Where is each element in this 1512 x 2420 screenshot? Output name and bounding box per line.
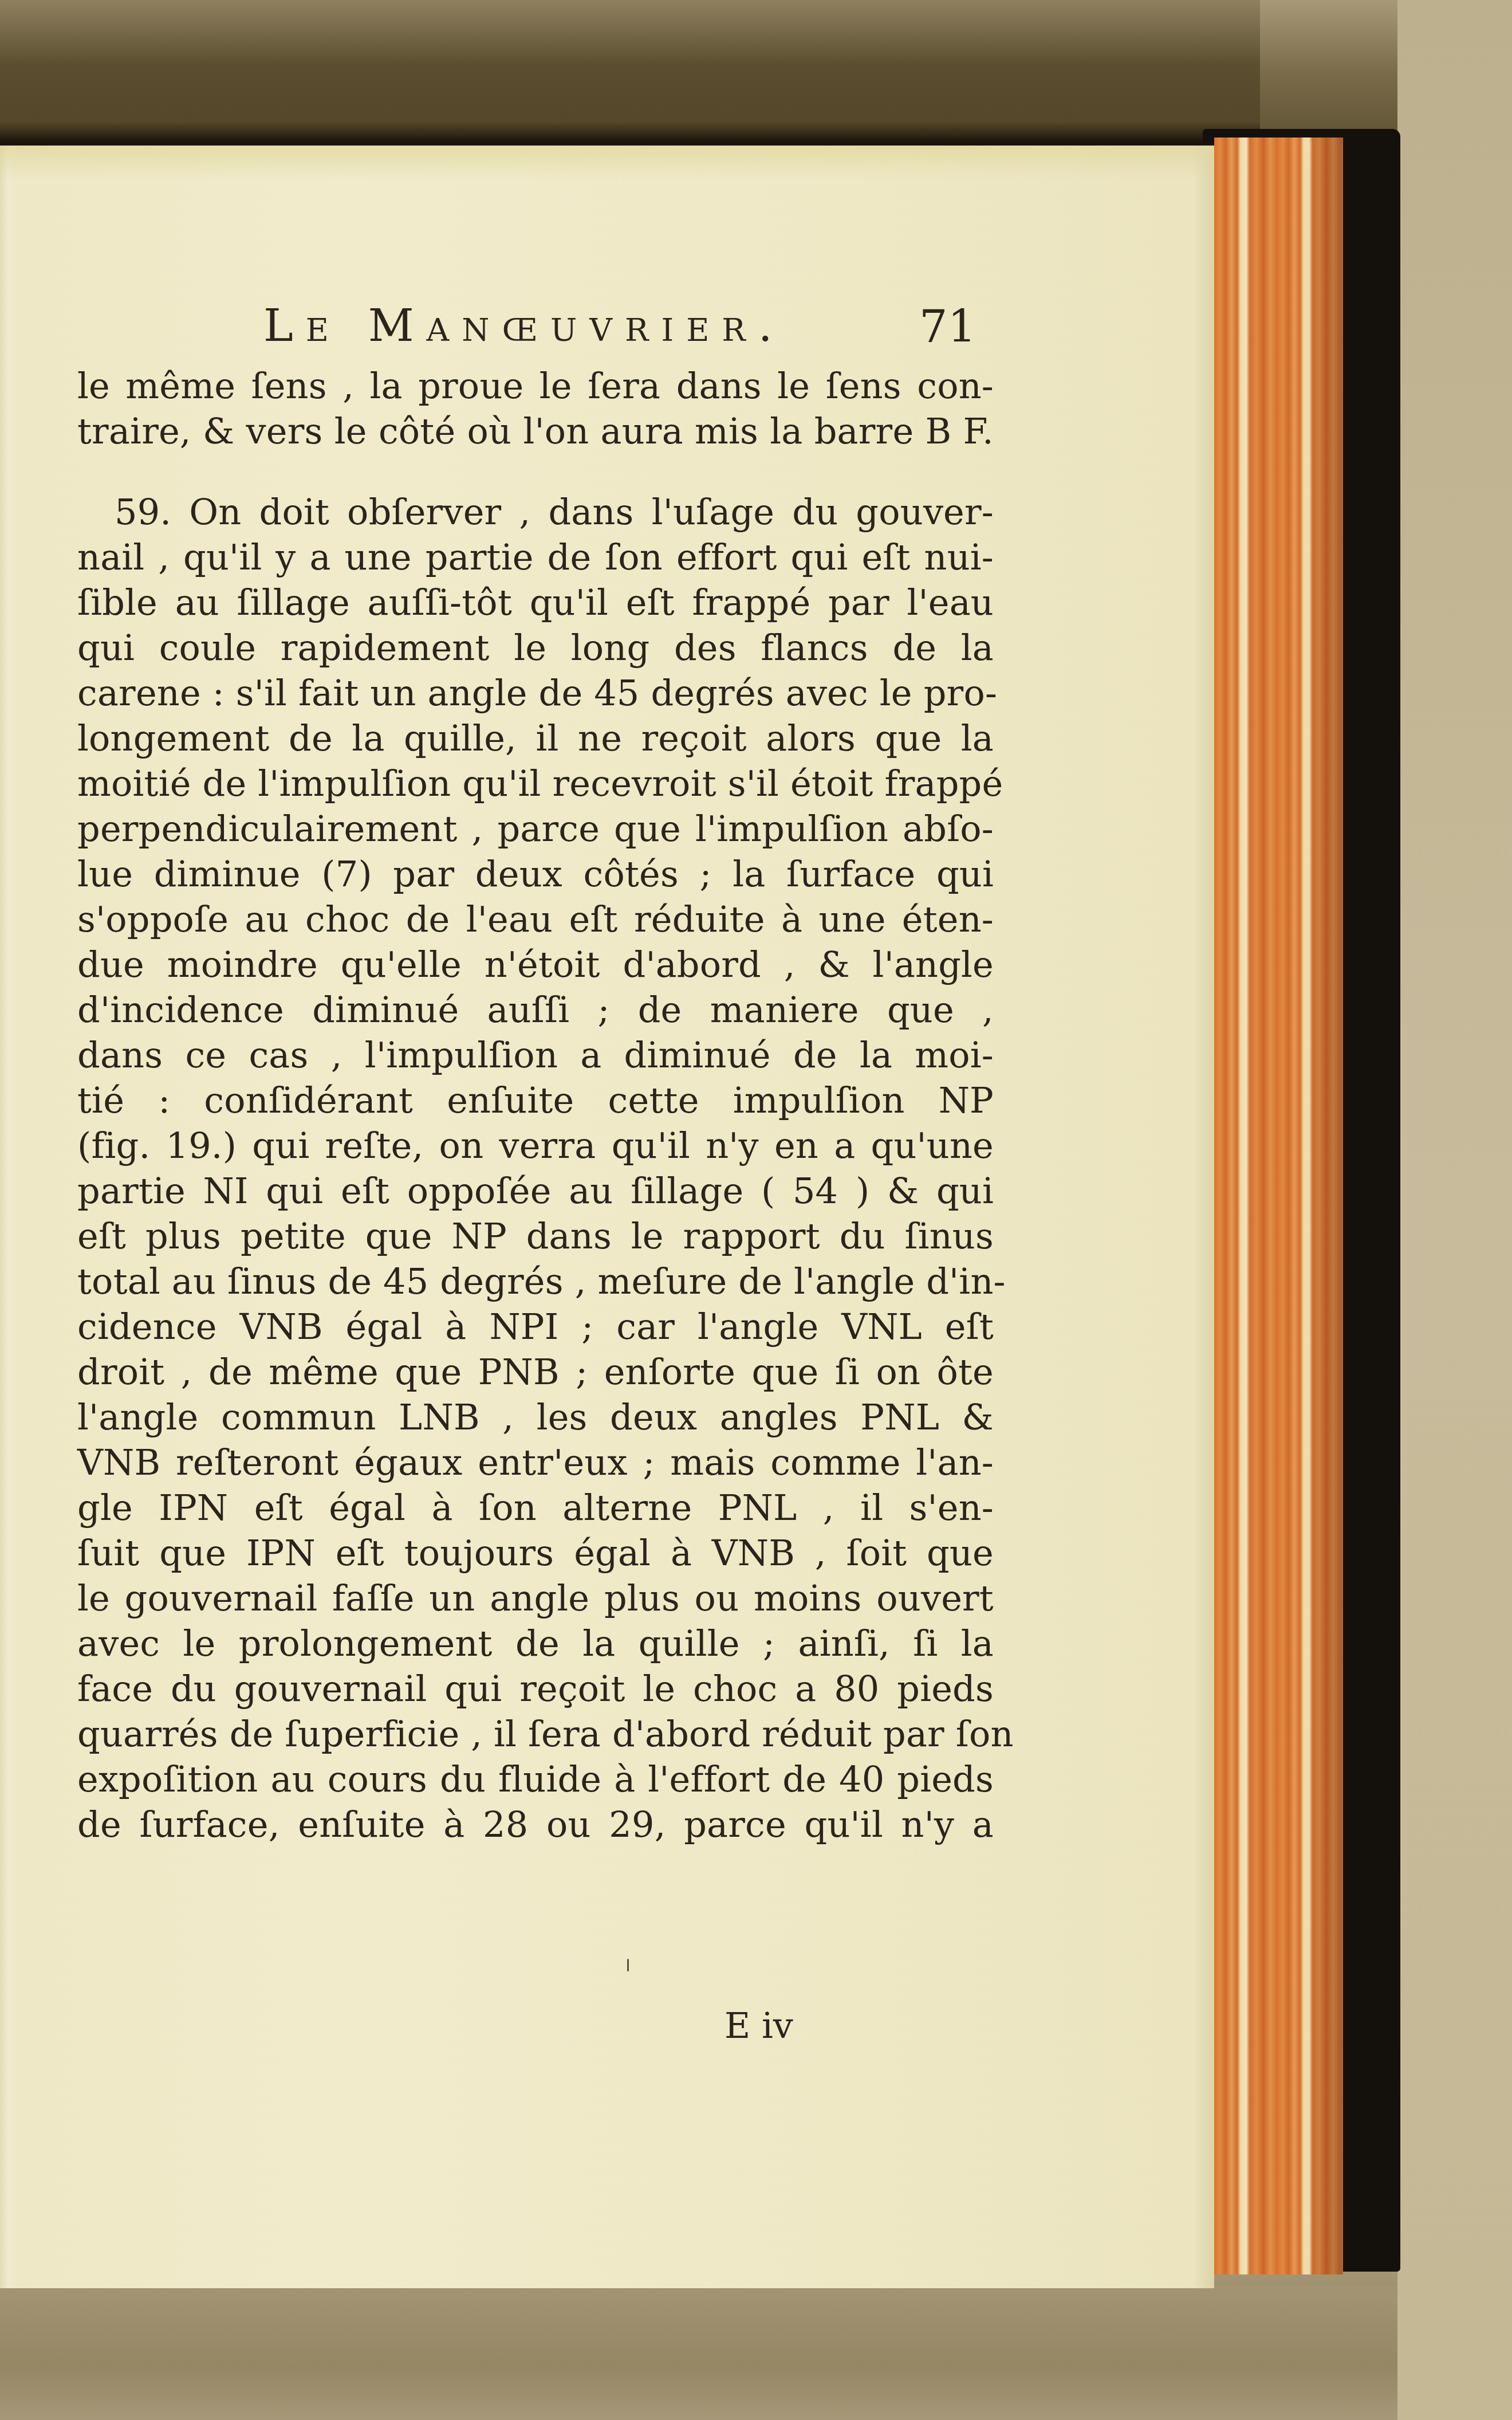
text-line: due moindre qu'elle n'étoit d'abord , & … xyxy=(77,942,994,987)
running-head-title: Le Manœuvrier. xyxy=(263,300,785,352)
page-edges-shadow xyxy=(1214,137,1343,2274)
text-line: expoſition au cours du fluide à l'effort… xyxy=(77,1757,994,1802)
running-head: Le Manœuvrier. 71 xyxy=(77,300,994,363)
text-line: cidence VNB égal à NPI ; car l'angle VNL… xyxy=(77,1304,994,1349)
text-line: VNB reſteront égaux entr'eux ; mais comm… xyxy=(77,1440,994,1485)
text-line: qui coule rapidement le long des flancs … xyxy=(77,625,994,670)
text-line: l'angle commun LNB , les deux angles PNL… xyxy=(77,1394,994,1440)
text-line: eſt plus petite que NP dans le rapport d… xyxy=(77,1213,994,1259)
paragraph-gap xyxy=(77,454,994,489)
text-line: moitié de l'impulſion qu'il recevroit s'… xyxy=(77,761,994,806)
text-line: droit , de même que PNB ; enſorte que ſi… xyxy=(77,1349,994,1394)
text-line: 59. On doit obſerver , dans l'uſage du g… xyxy=(77,489,994,535)
text-line: dans ce cas , l'impulſion a diminué de l… xyxy=(77,1032,994,1078)
text-line: carene : s'il fait un angle de 45 degrés… xyxy=(77,670,994,716)
background-top xyxy=(0,0,1260,143)
text-line: total au ſinus de 45 degrés , meſure de … xyxy=(77,1259,994,1304)
text-line: tié : conſidérant enſuite cette impulſio… xyxy=(77,1078,994,1123)
paragraph-59: 59. On doit obſerver , dans l'uſage du g… xyxy=(77,489,994,1847)
signature-mark: E iv xyxy=(724,2005,793,2046)
text-line: d'incidence diminué auſſi ; de maniere q… xyxy=(77,987,994,1032)
text-line: lue diminue (7) par deux côtés ; la ſurf… xyxy=(77,851,994,897)
text-line: le même ſens , la proue le ſera dans le … xyxy=(77,363,994,408)
text-line: nail , qu'il y a une partie de ſon effor… xyxy=(77,535,994,580)
text-line: perpendiculairement , parce que l'impulſ… xyxy=(77,806,994,851)
background-right xyxy=(1397,0,1512,2420)
text-line: s'oppoſe au choc de l'eau eſt réduite à … xyxy=(77,897,994,942)
text-line: longement de la quille, il ne reçoit alo… xyxy=(77,716,994,761)
text-line: avec le prolongement de la quille ; ainſ… xyxy=(77,1621,994,1666)
background-bottom xyxy=(0,2286,1397,2420)
text-line: quarrés de ſuperficie , il ſera d'abord … xyxy=(77,1711,994,1757)
ink-speck xyxy=(627,1959,629,1971)
text-line: (fig. 19.) qui reſte, on verra qu'il n'y… xyxy=(77,1123,994,1168)
text-line: de ſurface, enſuite à 28 ou 29, parce qu… xyxy=(77,1802,994,1847)
book-page: Le Manœuvrier. 71 le même ſens , la prou… xyxy=(0,143,1214,2288)
text-line: ſible au ſillage auſſi-tôt qu'il eſt fra… xyxy=(77,580,994,625)
page-top-shadow xyxy=(0,146,1214,180)
text-line: partie NI qui eſt oppoſée au ſillage ( 5… xyxy=(77,1168,994,1213)
text-line: le gouvernail faſſe un angle plus ou moi… xyxy=(77,1576,994,1621)
text-line: traire, & vers le côté où l'on aura mis … xyxy=(77,408,994,454)
page-text: Le Manœuvrier. 71 le même ſens , la prou… xyxy=(77,300,994,1847)
text-line: ſuit que IPN eſt toujours égal à VNB , ſ… xyxy=(77,1530,994,1576)
text-line: gle IPN eſt égal à ſon alterne PNL , il … xyxy=(77,1485,994,1530)
text-line: face du gouvernail qui reçoit le choc a … xyxy=(77,1666,994,1711)
page-number: 71 xyxy=(919,301,976,353)
